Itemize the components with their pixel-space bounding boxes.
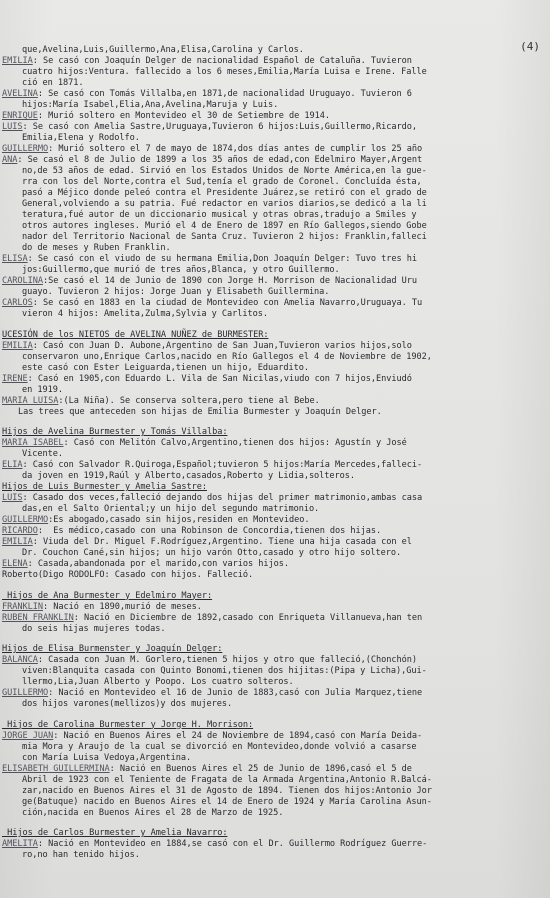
text-line: viven:Blanquita casada con Quinto Bonomi… bbox=[22, 666, 427, 676]
text-line: ELENA: Casada,abandonada por el marido,c… bbox=[2, 559, 289, 569]
text-line: ELISABETH GUILLERMINA: Nació en Buenos A… bbox=[2, 764, 412, 774]
text-line: da joven en 1919,Raúl y Alberto,casados,… bbox=[22, 471, 355, 481]
text-line: RUBEN FRANKLIN: Nació en Diciembre de 18… bbox=[2, 613, 422, 623]
text-line: no,de 53 años de edad. Sirvió en los Est… bbox=[22, 166, 427, 176]
text-line: ro,no han tenido hijos. bbox=[22, 850, 140, 860]
text-line: do de meses y Ruben Franklin. bbox=[22, 243, 171, 253]
text-line: UCESIÓN de los NIETOS de AVELINA NUÑEZ d… bbox=[2, 330, 268, 340]
text-line: ción,nacida en Buenos Aires el 28 de Mar… bbox=[22, 808, 283, 818]
text-line: MARIA ISABEL: Casó con Melitón Calvo,Arg… bbox=[2, 438, 407, 448]
text-line: AVELINA: Se casó con Tomás Villalba,en 1… bbox=[2, 89, 412, 99]
text-line: IRENE: Casó en 1905,con Eduardo L. Vila … bbox=[2, 374, 412, 384]
text-line: EMILIA: Casó con Juan D. Aubone,Argentin… bbox=[2, 341, 412, 351]
text-line: ELIA: Casó con Salvador R.Quiroga,Españo… bbox=[2, 460, 422, 470]
text-line: LUIS: Casado dos veces,falleció dejando … bbox=[2, 493, 422, 503]
text-line: EMILIA: Viuda del Dr. Miguel F.Rodríguez… bbox=[2, 537, 412, 547]
text-line: vieron 4 hijos: Amelita,Zulma,Sylvia y C… bbox=[22, 309, 268, 319]
text-line: FRANKLIN: Nació en 1890,murió de meses. bbox=[2, 602, 202, 612]
text-line: cuatro hijos:Ventura. fallecido a los 6 … bbox=[22, 67, 427, 77]
text-line: zar,nacido en Buenos Aires el 31 de Agos… bbox=[22, 786, 432, 796]
text-line: con María Luisa Vedoya,Argentina. bbox=[22, 753, 191, 763]
text-line: ANA: Se casó el 8 de Julio de 1899 a los… bbox=[2, 155, 422, 165]
text-line: BALANCA: Casada con Juan M. Gorlero,tien… bbox=[2, 655, 417, 665]
text-line: otros autores ingleses. Murió el 4 de En… bbox=[22, 221, 427, 231]
text-line: RICARDO: Es médico,casado con una Robins… bbox=[2, 526, 381, 536]
text-line: Hijos de Luis Burmester y Amelia Sastre: bbox=[2, 482, 207, 492]
text-line: GUILLERMO: Nació en Montevideo el 16 de … bbox=[2, 688, 422, 698]
text-line: nador del Territorio Nacional de Santa C… bbox=[22, 232, 427, 242]
text-line: Hijos de Ana Burmester y Edelmiro Mayer: bbox=[2, 591, 212, 601]
text-line: GUILLERMO: Murió soltero el 7 de mayo de… bbox=[2, 144, 422, 154]
text-line: ENRIQUE: Murió soltero en Montevideo el … bbox=[2, 111, 330, 121]
page-number: (4) bbox=[520, 40, 540, 53]
text-line: CARLOS: Se casó en 1883 en la ciudad de … bbox=[2, 298, 422, 308]
text-line: LUIS: Se casó con Amelia Sastre,Uruguaya… bbox=[2, 122, 417, 132]
text-line: ció en 1871. bbox=[22, 78, 84, 88]
text-line: pasó a Méjico donde peleó contra el Pres… bbox=[22, 188, 427, 198]
text-line: hijos:María Isabel,Elia,Ana,Avelina,Maru… bbox=[22, 100, 278, 110]
text-line: dos hijos varones(mellizos)y dos mujeres… bbox=[22, 699, 232, 709]
text-line: Emilia,Elena y Rodolfo. bbox=[22, 133, 140, 143]
text-line: este casó con Ester Leiguarda,tienen un … bbox=[22, 363, 309, 373]
text-line: Roberto(Digo RODOLFO: Casado con hijos. … bbox=[2, 570, 253, 580]
text-line: Hijos de Elisa Burmenster y Joaquín Delg… bbox=[2, 644, 222, 654]
text-line: en 1919. bbox=[22, 385, 63, 395]
text-line: Dr. Couchon Cané,sin hijos; un hijo varó… bbox=[22, 548, 401, 558]
text-line: que,Avelina,Luis,Guillermo,Ana,Elisa,Car… bbox=[22, 45, 304, 55]
text-line: conservaron uno,Enrique Carlos,nacido en… bbox=[22, 352, 432, 362]
text-line: mia Mora y Araujo de la cual se divorció… bbox=[22, 742, 417, 752]
text-line: do seis hijas mujeres todas. bbox=[22, 624, 165, 634]
text-line: Hijos de Carolina Burmester y Jorge H. M… bbox=[2, 720, 253, 730]
text-line: GUILLERMO:Es abogado,casado sin hijos,re… bbox=[2, 515, 309, 525]
text-line: JORGE JUAN: Nació en Buenos Aires el 24 … bbox=[2, 731, 422, 741]
text-line: llermo,Lia,Juan Alberto y Poopo. Los cua… bbox=[22, 677, 294, 687]
text-line: ge(Batuque) nacido en Buenos Aires el 14… bbox=[22, 797, 432, 807]
text-line: Abril de 1923 con el Teniente de Fragata… bbox=[22, 775, 432, 785]
text-line: Vicente. bbox=[22, 449, 63, 459]
text-line: MARIA LUISA:(La Niña). Se conserva solte… bbox=[2, 396, 320, 406]
text-line: Las trees que anteceden son hijas de Emi… bbox=[18, 407, 382, 417]
text-line: CAROLINA:Se casó el 14 de Junio de 1890 … bbox=[2, 276, 417, 286]
text-line: EMILIA: Se casó con Joaquín Delger de na… bbox=[2, 56, 412, 66]
text-line: Hijos de Avelina Burmester y Tomás Villa… bbox=[2, 427, 227, 437]
text-line: guayo. Tuvieron 2 hijos: Jorge Juan y El… bbox=[22, 287, 329, 297]
text-line: ELISA: Se casó con el viudo de su herman… bbox=[2, 254, 417, 264]
text-line: General,volviendo a su patria. Fué redac… bbox=[22, 199, 427, 209]
text-line: teratura,fué autor de un diccionario mus… bbox=[22, 210, 417, 220]
text-line: rra con los del Norte,contra el Sud,tení… bbox=[22, 177, 422, 187]
text-line: AMELITA: Nació en Montevideo en 1884,se … bbox=[2, 839, 427, 849]
typewritten-page: (4) que,Avelina,Luis,Guillermo,Ana,Elisa… bbox=[0, 0, 550, 898]
text-line: jos:Guillermo,que murió de tres años,Bla… bbox=[22, 265, 340, 275]
text-line: Hijos de Carlos Burmester y Amelia Navar… bbox=[2, 828, 227, 838]
text-line: das,en el Salto Oriental;y un hijo del s… bbox=[22, 504, 319, 514]
